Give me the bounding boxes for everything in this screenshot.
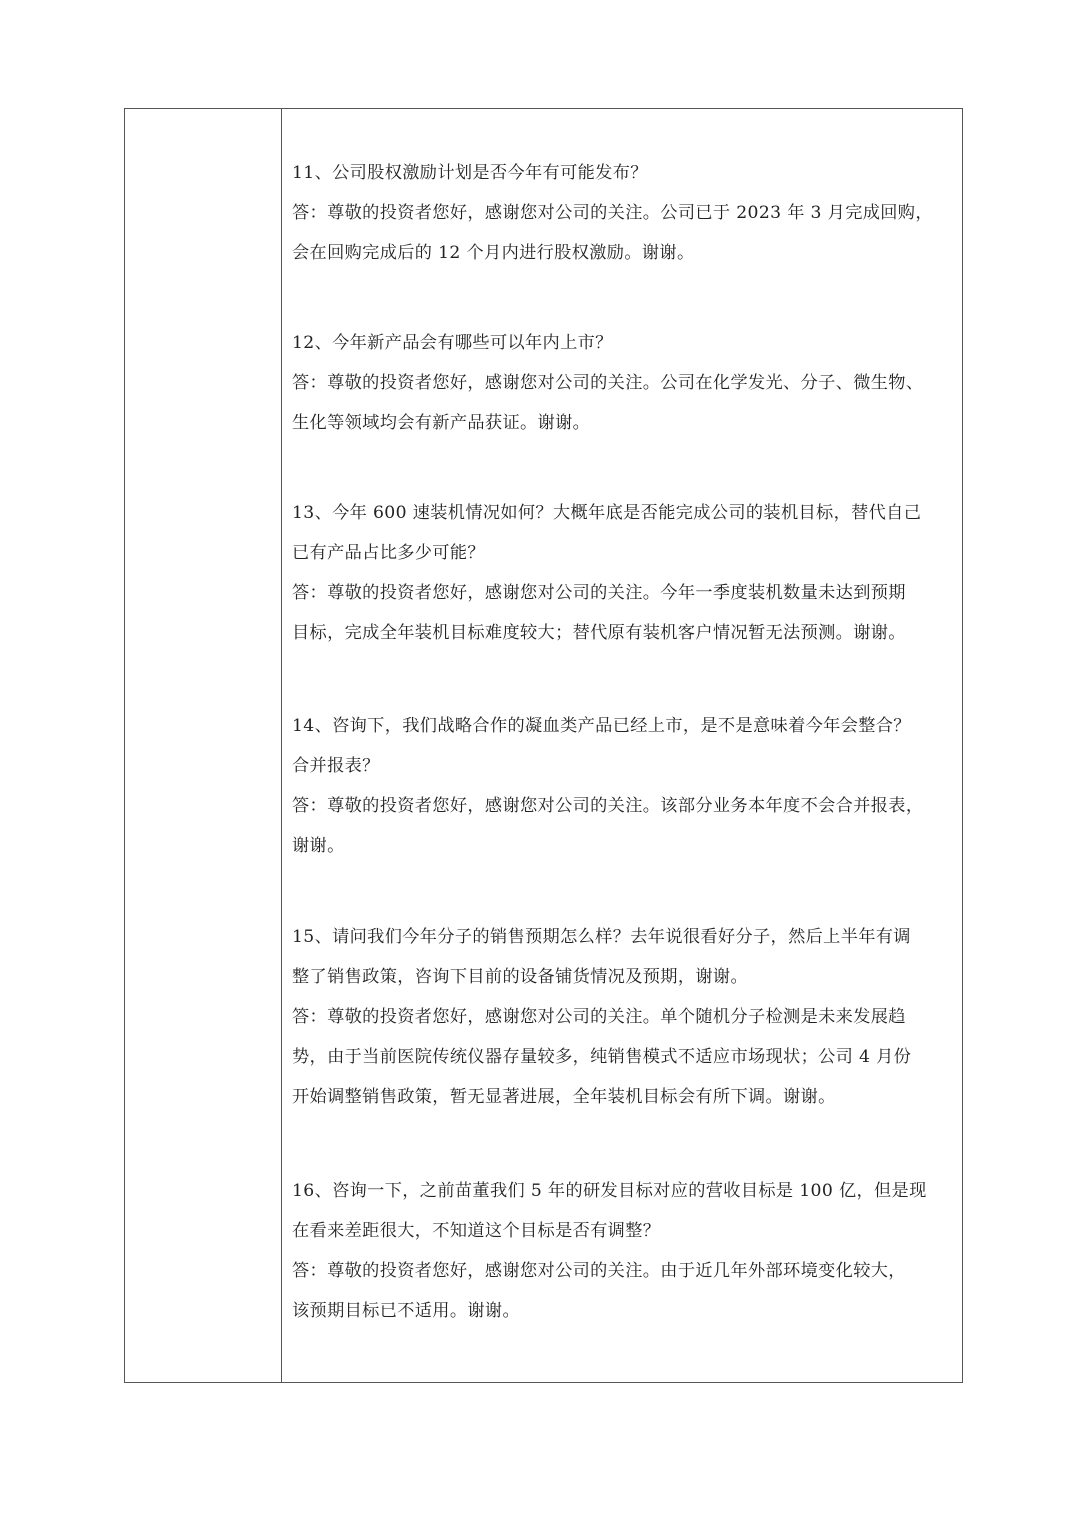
question-11-line-1: 11、公司股权激励计划是否今年有可能发布？: [292, 153, 962, 193]
answer-12-line-1: 答：尊敬的投资者您好，感谢您对公司的关注。公司在化学发光、分子、微生物、: [292, 363, 962, 403]
answer-15-line-2: 势，由于当前医院传统仪器存量较多，纯销售模式不适应市场现状；公司 4 月份: [292, 1037, 962, 1077]
question-15-line-2: 整了销售政策，咨询下目前的设备铺货情况及预期，谢谢。: [292, 957, 962, 997]
question-16-line-1: 16、咨询一下，之前苗董我们 5 年的研发目标对应的营收目标是 100 亿，但是…: [292, 1171, 962, 1211]
answer-16-line-1: 答：尊敬的投资者您好，感谢您对公司的关注。由于近几年外部环境变化较大，: [292, 1251, 962, 1291]
answer-15-line-3: 开始调整销售政策，暂无显著进展，全年装机目标会有所下调。谢谢。: [292, 1077, 962, 1117]
qa-item-11: 11、公司股权激励计划是否今年有可能发布？ 答：尊敬的投资者您好，感谢您对公司的…: [292, 153, 962, 273]
answer-14-line-2: 谢谢。: [292, 826, 962, 866]
answer-11-line-1: 答：尊敬的投资者您好，感谢您对公司的关注。公司已于 2023 年 3 月完成回购…: [292, 193, 962, 233]
qa-item-13: 13、今年 600 速装机情况如何？大概年底是否能完成公司的装机目标，替代自己 …: [292, 493, 962, 653]
answer-14-line-1: 答：尊敬的投资者您好，感谢您对公司的关注。该部分业务本年度不会合并报表，: [292, 786, 962, 826]
qa-item-14: 14、咨询下，我们战略合作的凝血类产品已经上市，是不是意味着今年会整合？ 合并报…: [292, 706, 962, 866]
question-13-line-2: 已有产品占比多少可能？: [292, 533, 962, 573]
table-content-column: 11、公司股权激励计划是否今年有可能发布？ 答：尊敬的投资者您好，感谢您对公司的…: [282, 109, 962, 1382]
question-15-line-1: 15、请问我们今年分子的销售预期怎么样？去年说很看好分子，然后上半年有调: [292, 917, 962, 957]
qa-item-12: 12、今年新产品会有哪些可以年内上市？ 答：尊敬的投资者您好，感谢您对公司的关注…: [292, 323, 962, 443]
answer-11-line-2: 会在回购完成后的 12 个月内进行股权激励。谢谢。: [292, 233, 962, 273]
question-14-line-1: 14、咨询下，我们战略合作的凝血类产品已经上市，是不是意味着今年会整合？: [292, 706, 962, 746]
question-14-line-2: 合并报表？: [292, 746, 962, 786]
qa-item-15: 15、请问我们今年分子的销售预期怎么样？去年说很看好分子，然后上半年有调 整了销…: [292, 917, 962, 1117]
answer-13-line-1: 答：尊敬的投资者您好，感谢您对公司的关注。今年一季度装机数量未达到预期: [292, 573, 962, 613]
answer-12-line-2: 生化等领域均会有新产品获证。谢谢。: [292, 403, 962, 443]
qa-item-16: 16、咨询一下，之前苗董我们 5 年的研发目标对应的营收目标是 100 亿，但是…: [292, 1171, 962, 1331]
question-13-line-1: 13、今年 600 速装机情况如何？大概年底是否能完成公司的装机目标，替代自己: [292, 493, 962, 533]
qa-table: 11、公司股权激励计划是否今年有可能发布？ 答：尊敬的投资者您好，感谢您对公司的…: [124, 108, 963, 1383]
question-16-line-2: 在看来差距很大，不知道这个目标是否有调整？: [292, 1211, 962, 1251]
answer-16-line-2: 该预期目标已不适用。谢谢。: [292, 1291, 962, 1331]
answer-15-line-1: 答：尊敬的投资者您好，感谢您对公司的关注。单个随机分子检测是未来发展趋: [292, 997, 962, 1037]
answer-13-line-2: 目标，完成全年装机目标难度较大；替代原有装机客户情况暂无法预测。谢谢。: [292, 613, 962, 653]
question-12-line-1: 12、今年新产品会有哪些可以年内上市？: [292, 323, 962, 363]
table-label-column: [125, 109, 282, 1382]
